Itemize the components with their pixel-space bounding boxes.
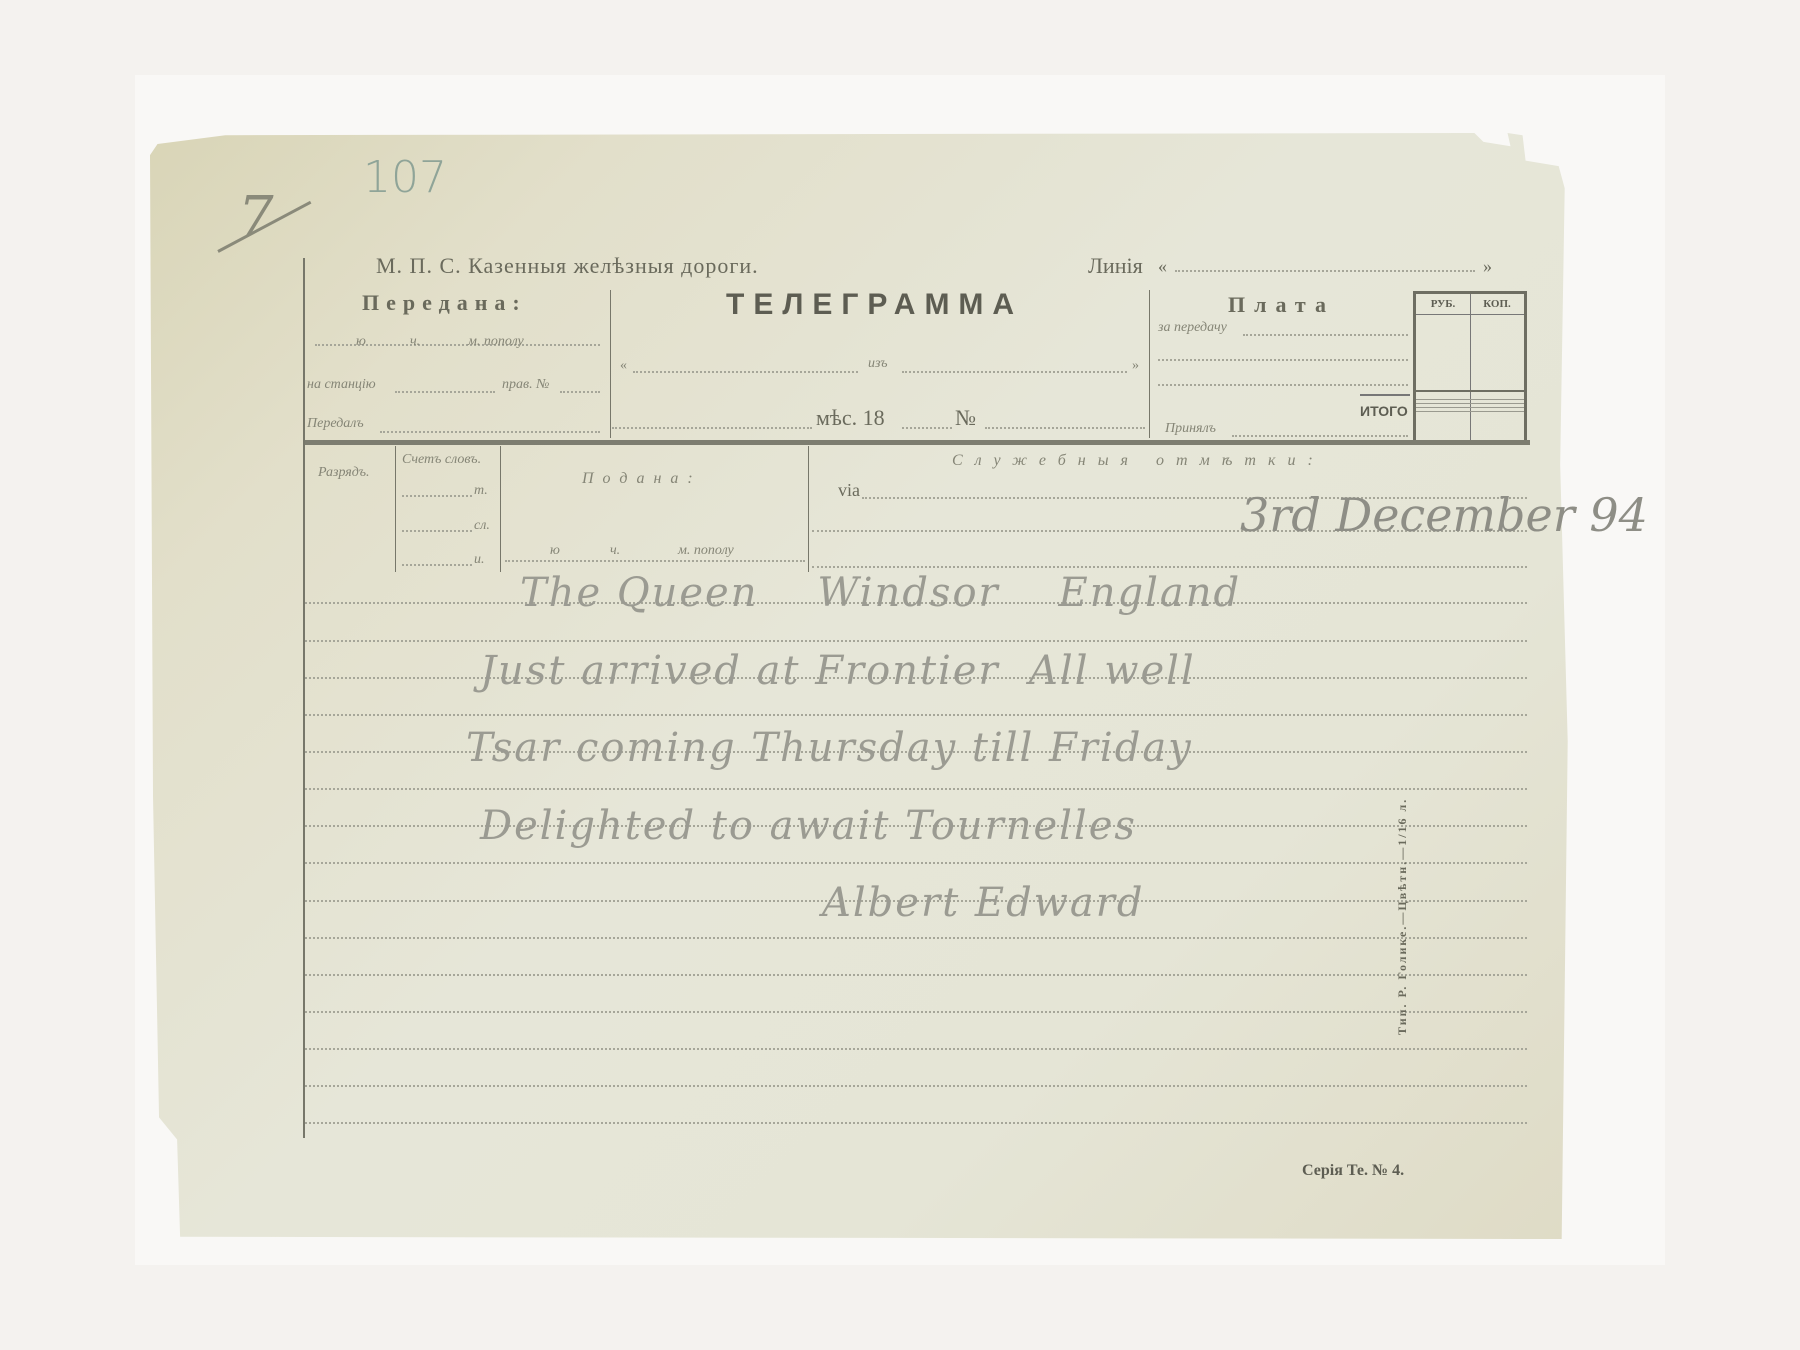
word-count-row-i: и.: [474, 552, 485, 568]
message-line: [305, 1011, 1527, 1013]
accepted-label: Принялъ: [1165, 421, 1216, 437]
header-separator: [305, 440, 1530, 445]
transmitted-heading: Передана:: [362, 290, 527, 316]
year-field[interactable]: [902, 427, 952, 429]
line-open-quote: «: [1158, 256, 1167, 277]
sender-field[interactable]: [380, 431, 600, 433]
message-line: [305, 1085, 1527, 1087]
message-line-3: Tsar coming Thursday till Friday: [466, 725, 1193, 771]
message-line: [305, 640, 1527, 642]
origin-field[interactable]: [633, 371, 858, 373]
payment-line-2[interactable]: [1158, 359, 1408, 361]
message-line: [305, 1122, 1527, 1124]
railway-heading: М. П. С. Казенныя желѣзныя дороги.: [376, 253, 759, 279]
number-label: №: [955, 405, 976, 431]
payment-line-3[interactable]: [1158, 384, 1408, 386]
right-number-field[interactable]: [560, 391, 600, 393]
divider: [610, 290, 611, 438]
submitted-hours-label: ю: [550, 543, 560, 559]
from-field[interactable]: [902, 371, 1127, 373]
word-count-field-t[interactable]: [402, 495, 472, 497]
via-label: via: [838, 480, 860, 501]
origin-close-quote: »: [1132, 358, 1139, 374]
message-line-4: Delighted to await Tournelles: [480, 803, 1137, 849]
month-label: мѣс. 18: [816, 405, 885, 431]
word-count-field-sl[interactable]: [402, 530, 472, 532]
total-label: ИТОГО: [1360, 403, 1408, 419]
submitted-time-field[interactable]: [505, 560, 805, 562]
signature: Albert Edward: [822, 880, 1144, 926]
word-count-field-i[interactable]: [402, 564, 472, 566]
from-label: изъ: [868, 356, 888, 372]
right-number-label: прав. №: [502, 377, 549, 393]
for-transmission-label: за передачу: [1158, 320, 1227, 336]
folio-mark: 7: [238, 185, 274, 250]
message-line: [305, 974, 1527, 976]
origin-open-quote: «: [620, 358, 627, 374]
date-day-field[interactable]: [612, 427, 812, 429]
form-left-border: [303, 258, 305, 1138]
hours-label: ю: [356, 334, 366, 350]
rubles-header: РУБ.: [1416, 294, 1471, 315]
divider: [808, 446, 809, 572]
divider: [1149, 290, 1150, 438]
word-count-row-t: т.: [474, 483, 488, 499]
for-transmission-field[interactable]: [1243, 334, 1408, 336]
printer-imprint: Тип. Р. Голике.—Цвѣтн.—1/16 л.: [1395, 798, 1410, 1035]
service-notes-heading: Служебныя отмѣтки:: [952, 452, 1325, 470]
divider: [395, 446, 396, 572]
message-line: [305, 714, 1527, 716]
word-count-label: Счетъ словъ.: [402, 452, 481, 468]
message-line: [305, 788, 1527, 790]
total-rule: [1360, 394, 1410, 396]
minutes-label: м. пополу: [468, 334, 524, 350]
submitted-minutes-label: м. пополу: [678, 543, 734, 559]
kopecks-header: КОП.: [1470, 294, 1524, 315]
payment-box: РУБ. КОП.: [1413, 291, 1527, 444]
message-line: [305, 937, 1527, 939]
telegram-title: ТЕЛЕГРАММА: [726, 288, 1023, 322]
word-count-row-sl: сл.: [474, 518, 490, 534]
service-notes-line-3[interactable]: [812, 566, 1527, 568]
payment-box-divider: [1470, 314, 1471, 441]
total-divider: [1416, 390, 1524, 392]
divider: [500, 446, 501, 572]
hours-mark-label: ч.: [410, 334, 420, 350]
category-label: Разрядъ.: [318, 465, 369, 481]
line-close-quote: »: [1483, 256, 1492, 277]
number-field[interactable]: [985, 427, 1145, 429]
message-line-1: The Queen Windsor England: [520, 570, 1241, 616]
line-field[interactable]: [1175, 270, 1475, 272]
line-label: Линія: [1088, 253, 1143, 279]
station-label: на станцію: [307, 377, 376, 393]
archive-number: 107: [363, 152, 447, 203]
message-line-2: Just arrived at Frontier All well: [480, 648, 1196, 694]
submitted-hours-mark: ч.: [610, 543, 620, 559]
total-hatch: [1416, 396, 1524, 412]
payment-heading: Плата: [1228, 292, 1335, 318]
message-line: [305, 1048, 1527, 1050]
handwritten-date: 3rd December 94: [1240, 488, 1648, 542]
station-field[interactable]: [395, 391, 495, 393]
message-line: [305, 862, 1527, 864]
submitted-heading: Подана:: [582, 470, 702, 488]
accepted-field[interactable]: [1232, 435, 1408, 437]
series-label: Серія Те. № 4.: [1302, 1162, 1404, 1180]
sender-label: Передалъ: [307, 416, 364, 432]
